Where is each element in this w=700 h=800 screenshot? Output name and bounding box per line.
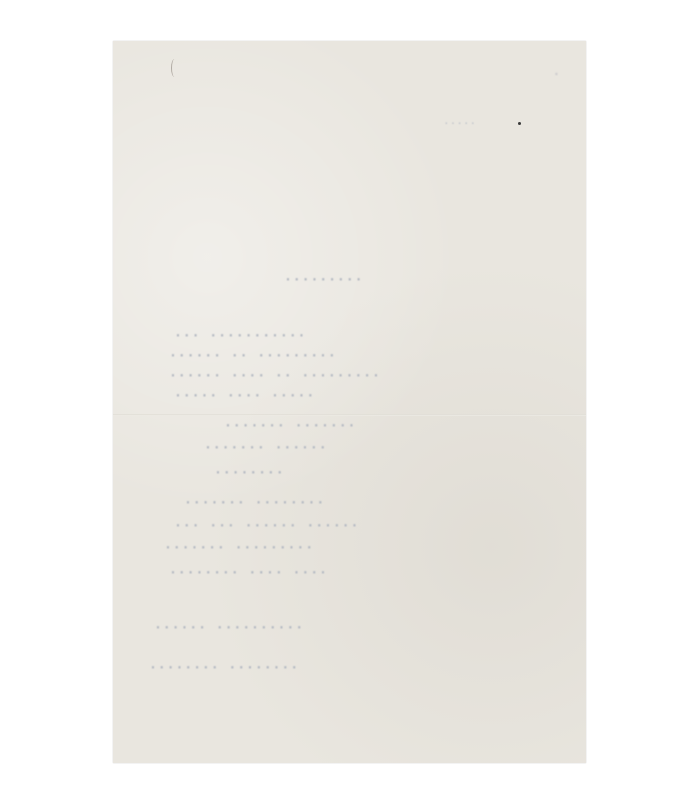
corner-mark: · xyxy=(550,66,561,83)
ghost-line: ········· ······· xyxy=(163,541,313,556)
ghost-heading: ········· xyxy=(283,273,362,288)
paper-sheet: · ····· ········· ··········· ··· ······… xyxy=(113,41,586,763)
paper-fiber xyxy=(171,59,178,77)
fold-line xyxy=(113,414,586,416)
ghost-line: ······ ······· xyxy=(203,441,327,456)
ghost-line: ··········· ··· xyxy=(173,329,305,344)
date-mark: ····· xyxy=(443,117,476,130)
ghost-line: ········· ·· ······ xyxy=(168,349,336,364)
ghost-line: ········ ········ xyxy=(148,661,298,676)
ghost-line: ···· ···· ········ xyxy=(168,566,327,581)
ghost-line: ········ xyxy=(213,466,284,481)
ink-speck xyxy=(518,122,521,125)
ghost-line: ········· ·· ···· ······ xyxy=(168,369,380,384)
ghost-line: ······ ······ ··· ··· xyxy=(173,519,358,534)
ghost-line: ·········· ······ xyxy=(153,621,303,636)
ghost-line: ····· ···· ····· xyxy=(173,389,314,404)
ghost-line: ········ ······· xyxy=(183,496,324,511)
ghost-line: ······· ······· xyxy=(223,419,355,434)
